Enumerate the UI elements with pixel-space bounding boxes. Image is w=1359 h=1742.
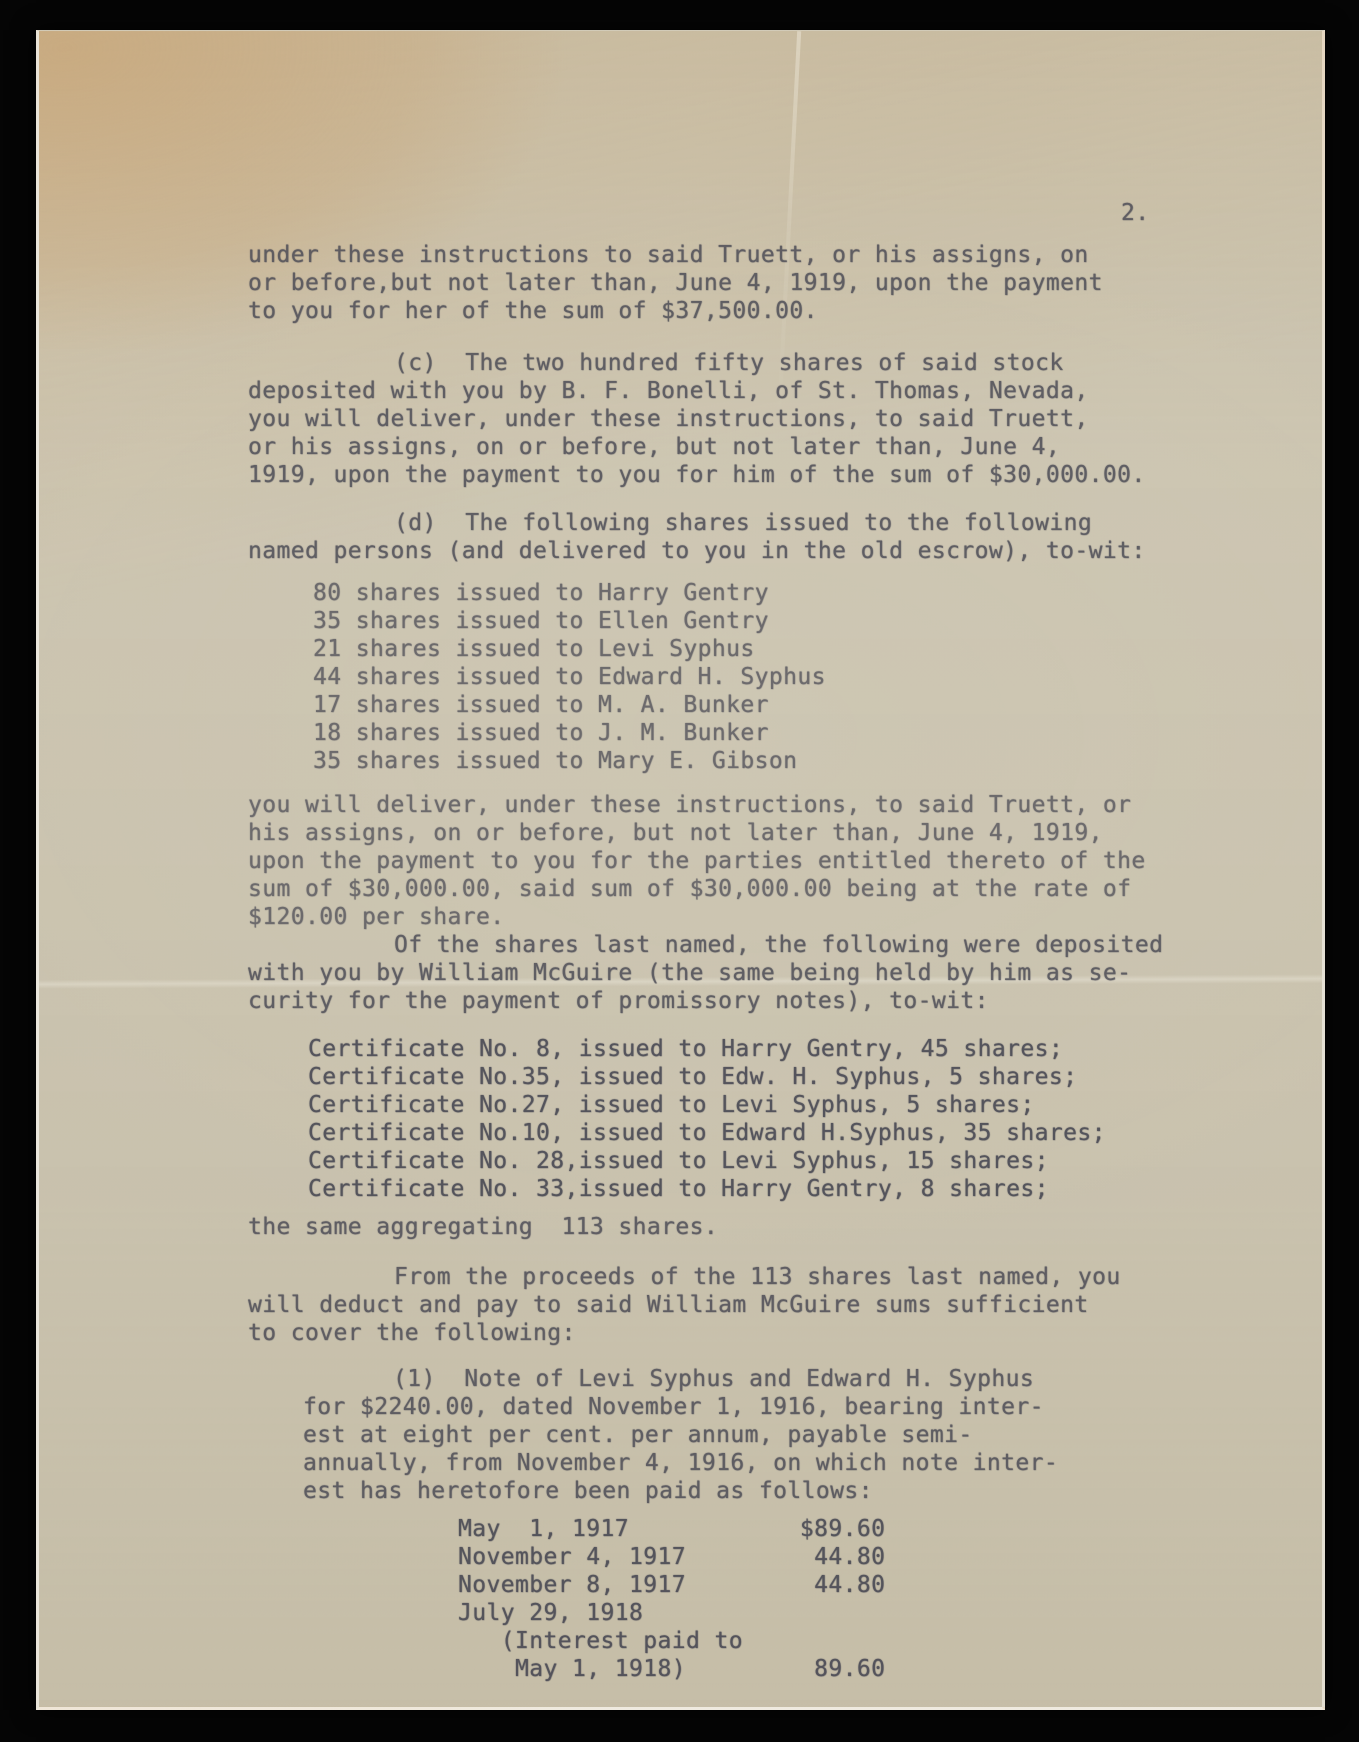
text-line: Of the shares last named, the following … [248,931,1163,959]
payment-line: May 1, 1917 $89.60 [458,1515,885,1543]
text-line: sum of $30,000.00, said sum of $30,000.0… [248,875,1146,903]
paragraph-intro: under these instructions to said Truett,… [248,241,1103,325]
text-line: or before,but not later than, June 4, 19… [248,269,1103,297]
text-line: his assigns, on or before, but not later… [248,819,1146,847]
text-line: From the proceeds of the 113 shares last… [248,1263,1121,1291]
paragraph-c: (c) The two hundred fifty shares of said… [248,349,1146,489]
paragraph-d: (d) The following shares issued to the f… [248,509,1146,565]
text-line: to you for her of the sum of $37,500.00. [248,297,1103,325]
text-line: named persons (and delivered to you in t… [248,537,1146,565]
share-list-line: 44 shares issued to Edward H. Syphus [313,663,826,691]
share-list-line: 35 shares issued to Mary E. Gibson [313,747,826,775]
share-list-line: 18 shares issued to J. M. Bunker [313,719,826,747]
certificate-line: Certificate No.10, issued to Edward H.Sy… [308,1119,1106,1147]
payment-line: November 8, 1917 44.80 [458,1571,885,1599]
share-list-line: 17 shares issued to M. A. Bunker [313,691,826,719]
text-line: (d) The following shares issued to the f… [248,509,1146,537]
certificate-line: Certificate No.35, issued to Edw. H. Syp… [308,1063,1106,1091]
certificate-list: Certificate No. 8, issued to Harry Gentr… [308,1035,1106,1203]
share-list-line: 80 shares issued to Harry Gentry [313,579,826,607]
certificate-line: Certificate No. 33,issued to Harry Gentr… [308,1175,1106,1203]
paragraph-mcguire: Of the shares last named, the following … [248,931,1163,1015]
text-line: with you by William McGuire (the same be… [248,959,1163,987]
text-line: you will deliver, under these instructio… [248,405,1146,433]
paragraph-delivery: you will deliver, under these instructio… [248,791,1146,931]
page-number: 2. [1121,199,1150,227]
text-line: (1) Note of Levi Syphus and Edward H. Sy… [303,1365,1058,1393]
text-line: annually, from November 4, 1916, on whic… [303,1449,1058,1477]
text-line: you will deliver, under these instructio… [248,791,1146,819]
note-item-1: (1) Note of Levi Syphus and Edward H. Sy… [303,1365,1058,1505]
text-line: $120.00 per share. [248,903,1146,931]
payment-line: July 29, 1918 [458,1599,885,1627]
aggregate-line: the same aggregating 113 shares. [248,1213,718,1241]
share-list: 80 shares issued to Harry Gentry 35 shar… [313,579,826,775]
text-line: est at eight per cent. per annum, payabl… [303,1421,1058,1449]
text-line: the same aggregating 113 shares. [248,1213,718,1241]
text-line: for $2240.00, dated November 1, 1916, be… [303,1393,1058,1421]
text-line: (c) The two hundred fifty shares of said… [248,349,1146,377]
text-line: or his assigns, on or before, but not la… [248,433,1146,461]
text-line: 1919, upon the payment to you for him of… [248,461,1146,489]
share-list-line: 21 shares issued to Levi Syphus [313,635,826,663]
text-line: to cover the following: [248,1319,1121,1347]
document-page: 2. under these instructions to said True… [36,30,1325,1710]
text-line: deposited with you by B. F. Bonelli, of … [248,377,1146,405]
payment-schedule: May 1, 1917 $89.60 November 4, 1917 44.8… [458,1515,885,1683]
scan-background: 2. under these instructions to said True… [0,0,1359,1742]
text-line: under these instructions to said Truett,… [248,241,1103,269]
share-list-line: 35 shares issued to Ellen Gentry [313,607,826,635]
text-line: will deduct and pay to said William McGu… [248,1291,1121,1319]
certificate-line: Certificate No. 8, issued to Harry Gentr… [308,1035,1106,1063]
certificate-line: Certificate No.27, issued to Levi Syphus… [308,1091,1106,1119]
paragraph-proceeds: From the proceeds of the 113 shares last… [248,1263,1121,1347]
text-line: est has heretofore been paid as follows: [303,1477,1058,1505]
payment-line: November 4, 1917 44.80 [458,1543,885,1571]
payment-line: (Interest paid to [458,1627,885,1655]
text-line: curity for the payment of promissory not… [248,987,1163,1015]
certificate-line: Certificate No. 28,issued to Levi Syphus… [308,1147,1106,1175]
text-line: upon the payment to you for the parties … [248,847,1146,875]
payment-line: May 1, 1918) 89.60 [458,1655,885,1683]
